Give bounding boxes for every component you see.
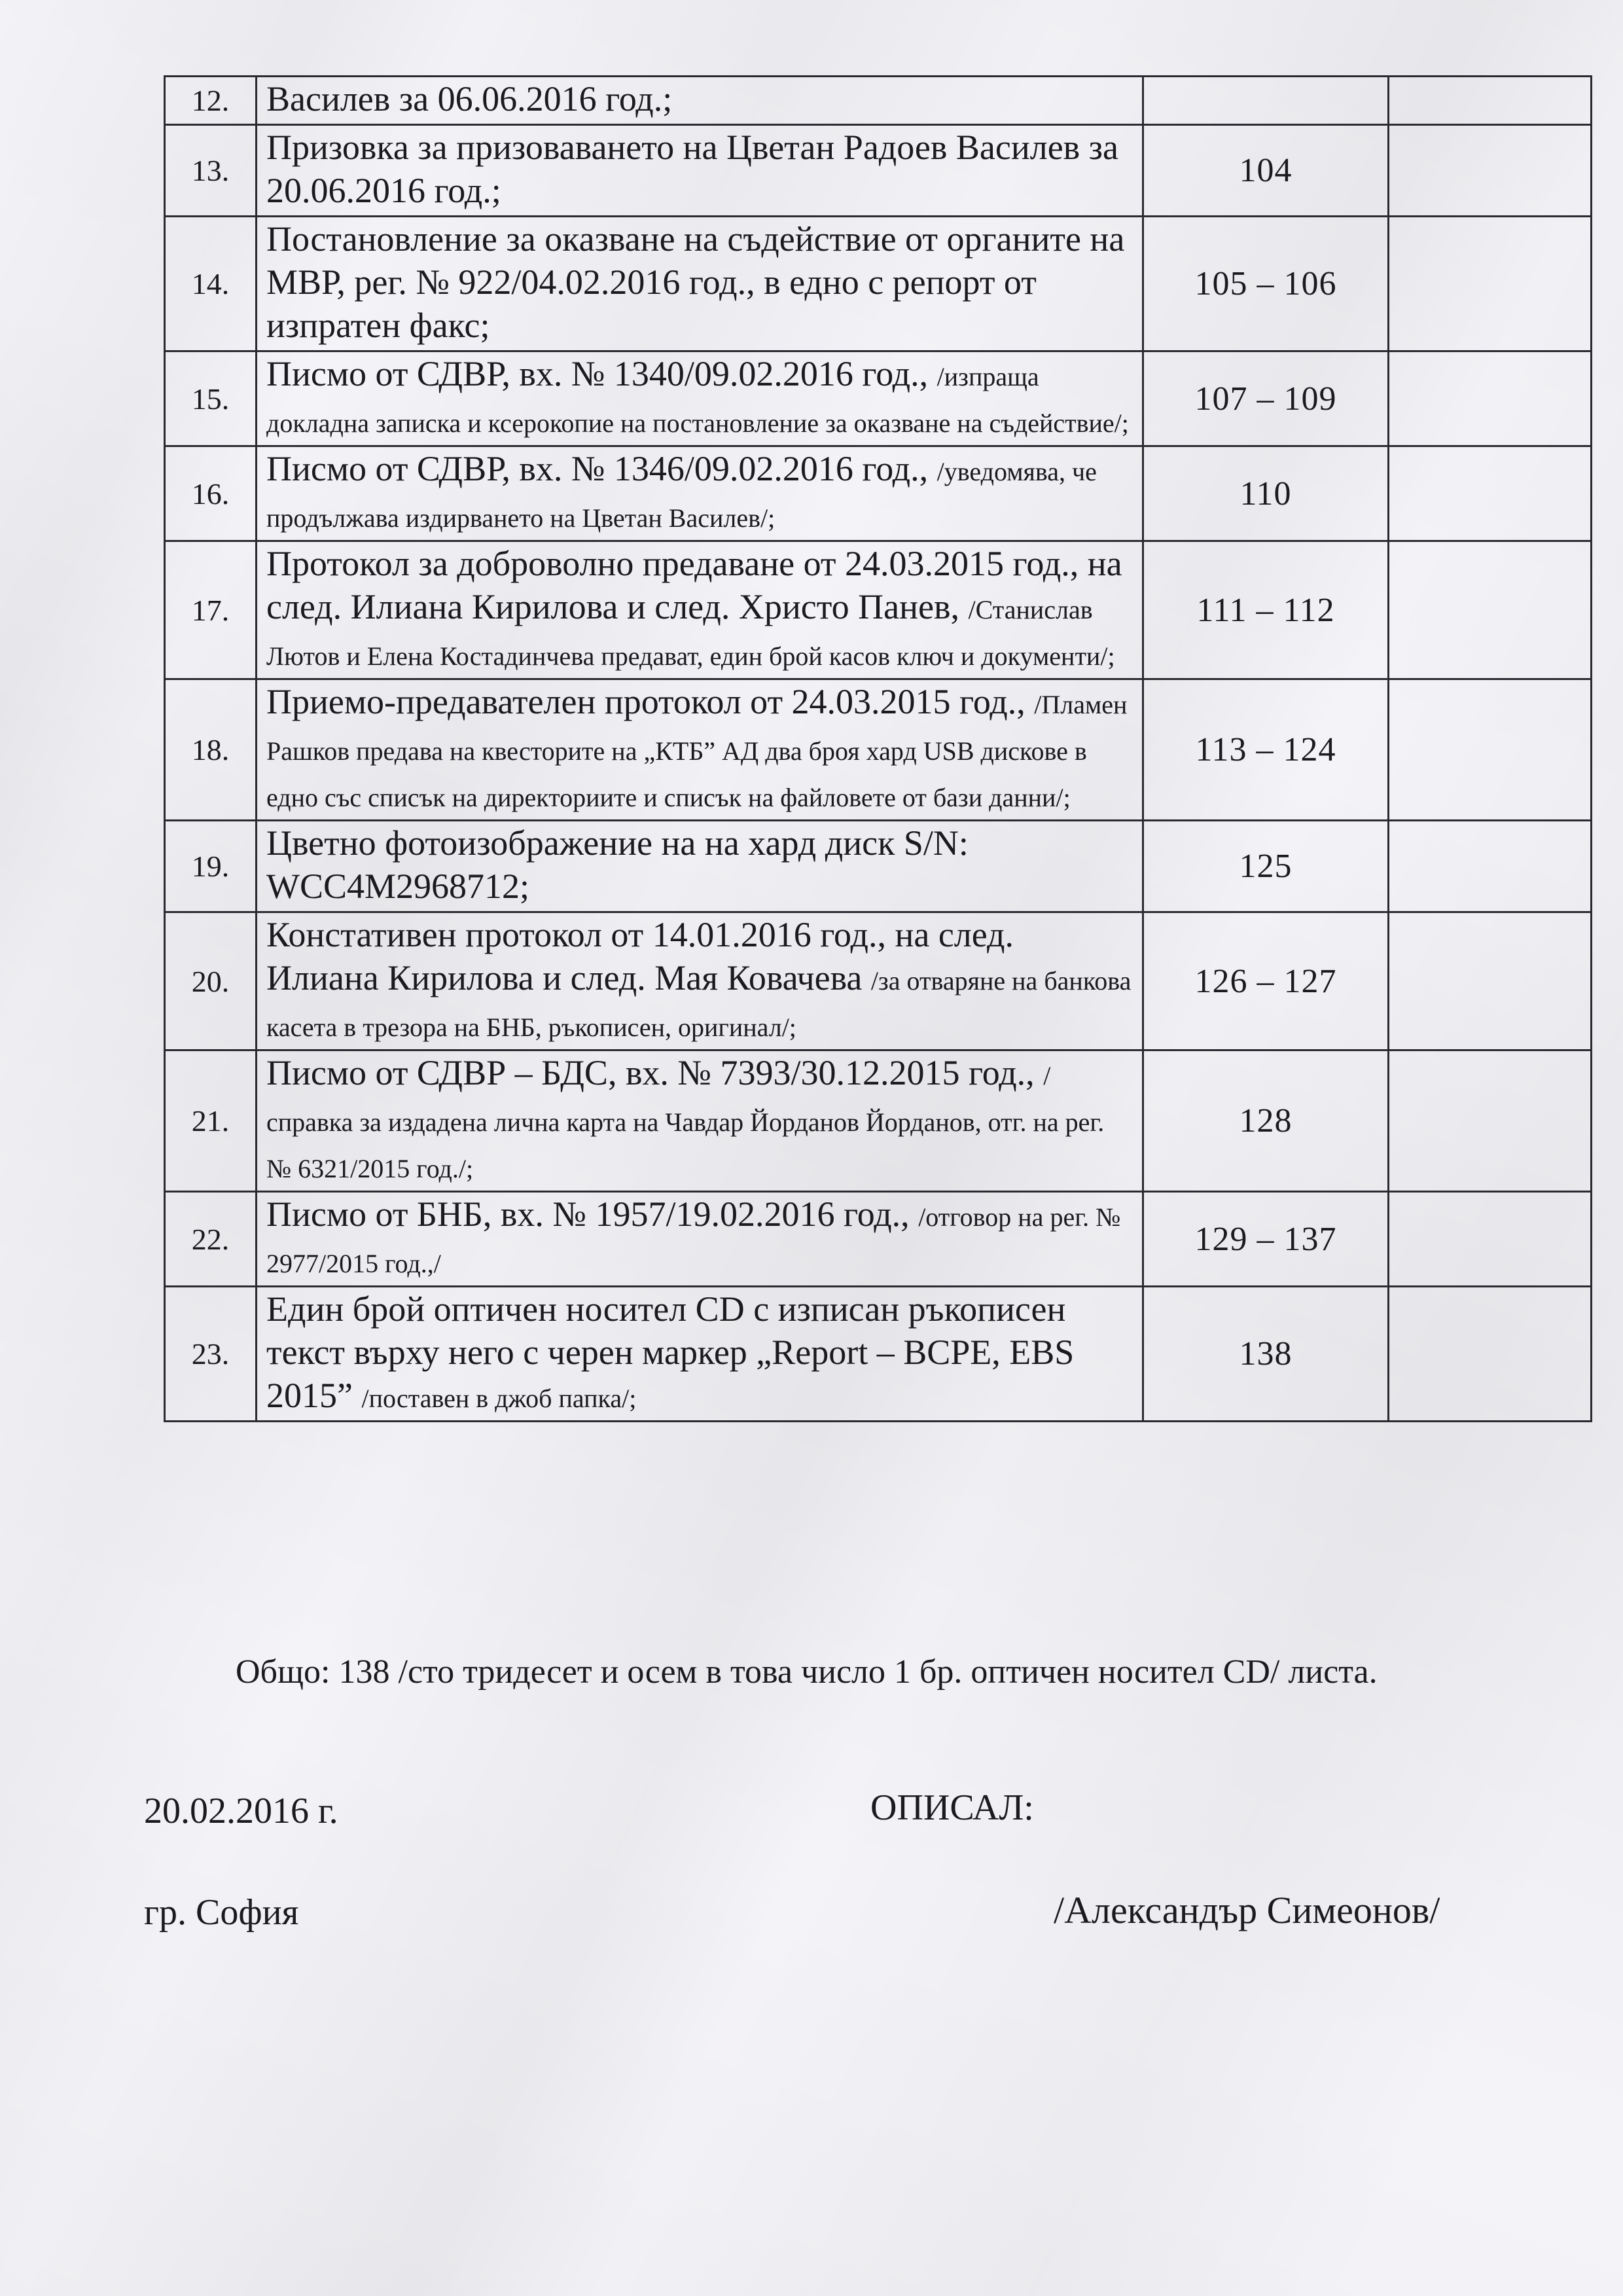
row-description: Протокол за доброволно предаване от 24.0… (257, 541, 1143, 679)
row-pages: 128 (1143, 1050, 1389, 1192)
row-description-main: Писмо от БНБ, вх. № 1957/19.02.2016 год.… (266, 1194, 918, 1234)
row-number: 16. (165, 446, 257, 541)
row-pages: 110 (1143, 446, 1389, 541)
row-description-main: Писмо от СДВР, вх. № 1340/09.02.2016 год… (266, 354, 937, 393)
row-remarks (1389, 217, 1592, 351)
row-description-note: /поставен в джоб папка/; (361, 1384, 636, 1413)
row-pages: 138 (1143, 1287, 1389, 1422)
row-description: Един брой оптичен носител CD с изписан р… (257, 1287, 1143, 1422)
row-remarks (1389, 821, 1592, 912)
row-number: 23. (165, 1287, 257, 1422)
row-description-main: Призовка за призоваването на Цветан Радо… (266, 128, 1118, 210)
row-remarks (1389, 1192, 1592, 1287)
row-number: 14. (165, 217, 257, 351)
row-description: Писмо от СДВР, вх. № 1340/09.02.2016 год… (257, 351, 1143, 446)
row-description-main: Писмо от СДВР, вх. № 1346/09.02.2016 год… (266, 449, 937, 488)
row-pages: 125 (1143, 821, 1389, 912)
row-description: Писмо от БНБ, вх. № 1957/19.02.2016 год.… (257, 1192, 1143, 1287)
row-number: 13. (165, 125, 257, 217)
row-description-main: Цветно фотоизображение на на хард диск S… (266, 823, 969, 906)
total-summary: Общо: 138 /сто тридесет и осем в това чи… (144, 1640, 1571, 1705)
row-remarks (1389, 125, 1592, 217)
row-description: Цветно фотоизображение на на хард диск S… (257, 821, 1143, 912)
table-row: 15. Писмо от СДВР, вх. № 1340/09.02.2016… (165, 351, 1592, 446)
document-place: гр. София (144, 1892, 298, 1933)
table-row: 13. Призовка за призоваването на Цветан … (165, 125, 1592, 217)
row-description-main: Постановление за оказване на съдействие … (266, 219, 1124, 345)
table-row: 19. Цветно фотоизображение на на хард ди… (165, 821, 1592, 912)
row-number: 20. (165, 912, 257, 1050)
row-description-main: Василев за 06.06.2016 год.; (266, 79, 672, 118)
table-row: 14. Постановление за оказване на съдейст… (165, 217, 1592, 351)
row-number: 21. (165, 1050, 257, 1192)
table-row: 17. Протокол за доброволно предаване от … (165, 541, 1592, 679)
row-description-main: Писмо от СДВР – БДС, вх. № 7393/30.12.20… (266, 1053, 1043, 1092)
row-pages (1143, 77, 1389, 125)
table-row: 21. Писмо от СДВР – БДС, вх. № 7393/30.1… (165, 1050, 1592, 1192)
row-remarks (1389, 1287, 1592, 1422)
row-remarks (1389, 541, 1592, 679)
table-row: 22. Писмо от БНБ, вх. № 1957/19.02.2016 … (165, 1192, 1592, 1287)
row-pages: 129 – 137 (1143, 1192, 1389, 1287)
described-by-label: ОПИСАЛ: (870, 1787, 1034, 1829)
signer-name: /Александър Симеонов/ (1054, 1888, 1440, 1932)
row-remarks (1389, 351, 1592, 446)
row-description: Констативен протокол от 14.01.2016 год.,… (257, 912, 1143, 1050)
table-row: 23. Един брой оптичен носител CD с изпис… (165, 1287, 1592, 1422)
table-row: 18. Приемо-предавателен протокол от 24.0… (165, 679, 1592, 821)
document-date: 20.02.2016 г. (144, 1790, 338, 1832)
row-pages: 105 – 106 (1143, 217, 1389, 351)
row-pages: 113 – 124 (1143, 679, 1389, 821)
row-description: Василев за 06.06.2016 год.; (257, 77, 1143, 125)
inventory-table-body: 12. Василев за 06.06.2016 год.; 13. Приз… (165, 77, 1592, 1422)
row-description: Писмо от СДВР, вх. № 1346/09.02.2016 год… (257, 446, 1143, 541)
row-remarks (1389, 679, 1592, 821)
row-remarks (1389, 912, 1592, 1050)
row-pages: 104 (1143, 125, 1389, 217)
document-page: 12. Василев за 06.06.2016 год.; 13. Приз… (0, 0, 1623, 2296)
row-pages: 111 – 112 (1143, 541, 1389, 679)
row-remarks (1389, 446, 1592, 541)
table-row: 16. Писмо от СДВР, вх. № 1346/09.02.2016… (165, 446, 1592, 541)
row-description-main: Приемо-предавателен протокол от 24.03.20… (266, 682, 1034, 721)
row-pages: 107 – 109 (1143, 351, 1389, 446)
row-number: 17. (165, 541, 257, 679)
table-row: 12. Василев за 06.06.2016 год.; (165, 77, 1592, 125)
row-description: Приемо-предавателен протокол от 24.03.20… (257, 679, 1143, 821)
row-number: 18. (165, 679, 257, 821)
inventory-table: 12. Василев за 06.06.2016 год.; 13. Приз… (164, 75, 1592, 1422)
row-description: Писмо от СДВР – БДС, вх. № 7393/30.12.20… (257, 1050, 1143, 1192)
row-remarks (1389, 1050, 1592, 1192)
table-row: 20. Констативен протокол от 14.01.2016 г… (165, 912, 1592, 1050)
row-number: 19. (165, 821, 257, 912)
row-description: Постановление за оказване на съдействие … (257, 217, 1143, 351)
row-description: Призовка за призоваването на Цветан Радо… (257, 125, 1143, 217)
row-number: 12. (165, 77, 257, 125)
row-pages: 126 – 127 (1143, 912, 1389, 1050)
row-remarks (1389, 77, 1592, 125)
row-number: 15. (165, 351, 257, 446)
row-number: 22. (165, 1192, 257, 1287)
